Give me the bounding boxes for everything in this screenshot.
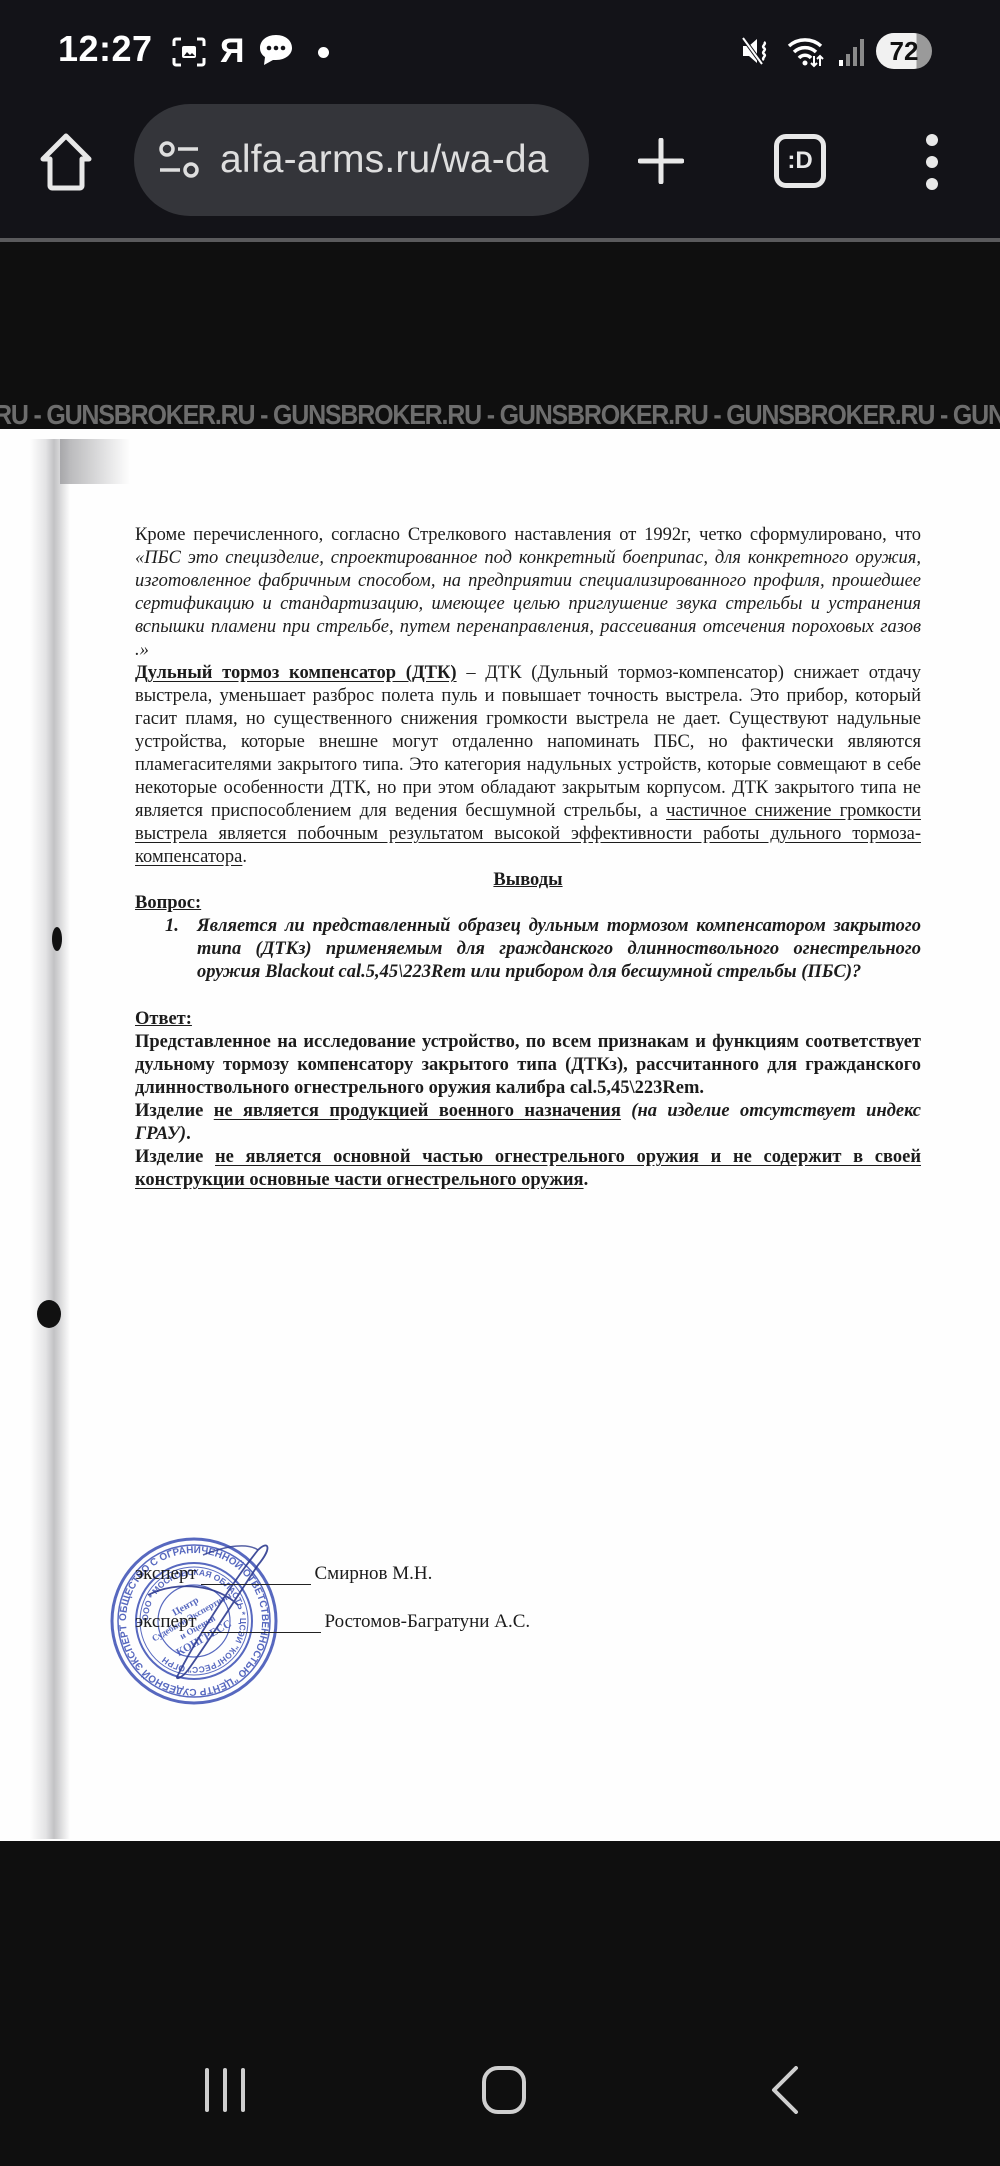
status-time: 12:27 [58,28,153,70]
menu-dot-icon [926,134,938,146]
conclusions-heading: Выводы [135,869,921,892]
battery-indicator: 72 [876,33,932,69]
status-left-icons: Я [172,32,329,72]
answer-text: Представленное на исследование устройств… [135,1031,921,1100]
notification-dot [318,47,329,58]
paragraph-pbs-definition: Кроме перечисленного, согласно Стрелково… [135,524,921,662]
punch-hole [52,927,62,951]
signature-role: эксперт [135,1611,197,1633]
status-right-icons: 72 [740,30,932,72]
nav-home-button[interactable] [482,2066,526,2114]
recents-bar-icon [241,2068,245,2112]
signature-name: Ростомов-Багратуни А.С. [325,1611,531,1633]
browser-toolbar: alfa-arms.ru/wa-da :D [0,100,1000,238]
message-icon [258,33,294,72]
term-dtk: Дульный тормоз компенсатор (ДТК) [135,663,457,683]
scan-edge-shadow-top [60,439,130,484]
scan-edge-shadow [30,439,70,1839]
question-number: 1. [165,915,197,984]
new-tab-button[interactable] [638,138,684,184]
answer-label: Ответ: [135,1008,921,1031]
question-text: Является ли представленный образец дульн… [197,915,921,984]
yandex-icon: Я [220,34,244,68]
menu-button[interactable] [920,134,944,190]
home-icon [38,132,94,192]
wifi-icon [786,34,826,68]
document-body: Кроме перечисленного, согласно Стрелково… [135,524,921,1192]
signature-row-2: эксперт Ростомов-Багратуни А.С. [135,1611,530,1633]
signature-name: Смирнов М.Н. [315,1563,433,1585]
status-bar: 12:27 Я 72 [0,0,1000,100]
paragraph-dtk-definition: Дульный тормоз компенсатор (ДТК) – ДТК (… [135,662,921,869]
mute-icon [740,34,774,68]
signature-line [201,1632,321,1633]
watermark-banner: RU - GUNSBROKER.RU - GUNSBROKER.RU - GUN… [0,400,1000,431]
site-settings-icon[interactable] [158,140,200,180]
url-bar[interactable]: alfa-arms.ru/wa-da [134,104,589,216]
url-text[interactable]: alfa-arms.ru/wa-da [220,138,575,182]
question-label: Вопрос: [135,892,921,915]
nav-back-button[interactable] [770,2066,800,2114]
signature-line [201,1584,311,1585]
document-scan: Кроме перечисленного, согласно Стрелково… [0,429,1000,1841]
recents-bar-icon [223,2068,227,2112]
signature-row-1: эксперт Смирнов М.Н. [135,1563,432,1585]
plus-icon [638,138,684,184]
signature-block: ОБЩЕСТВО С ОГРАНИЧЕННОЙ ОТВЕТСТВЕННОСТЬЮ… [135,1549,735,1749]
home-button[interactable] [38,132,94,192]
statement-main-part: Изделие не является основной частью огне… [135,1146,921,1192]
recents-bar-icon [205,2068,209,2112]
signature-role: эксперт [135,1563,197,1585]
bottom-background [0,1841,1000,2166]
tab-switcher-button[interactable]: :D [774,134,826,188]
nav-recents-button[interactable] [205,2068,245,2112]
punch-hole [37,1300,61,1328]
menu-dot-icon [926,178,938,190]
screenshot-icon [172,37,206,67]
statement-military: Изделие не является продукцией военного … [135,1100,921,1146]
question-item: 1. Является ли представленный образец ду… [135,915,921,984]
menu-dot-icon [926,156,938,168]
back-chevron-icon [770,2066,800,2114]
signal-icon [838,34,864,68]
